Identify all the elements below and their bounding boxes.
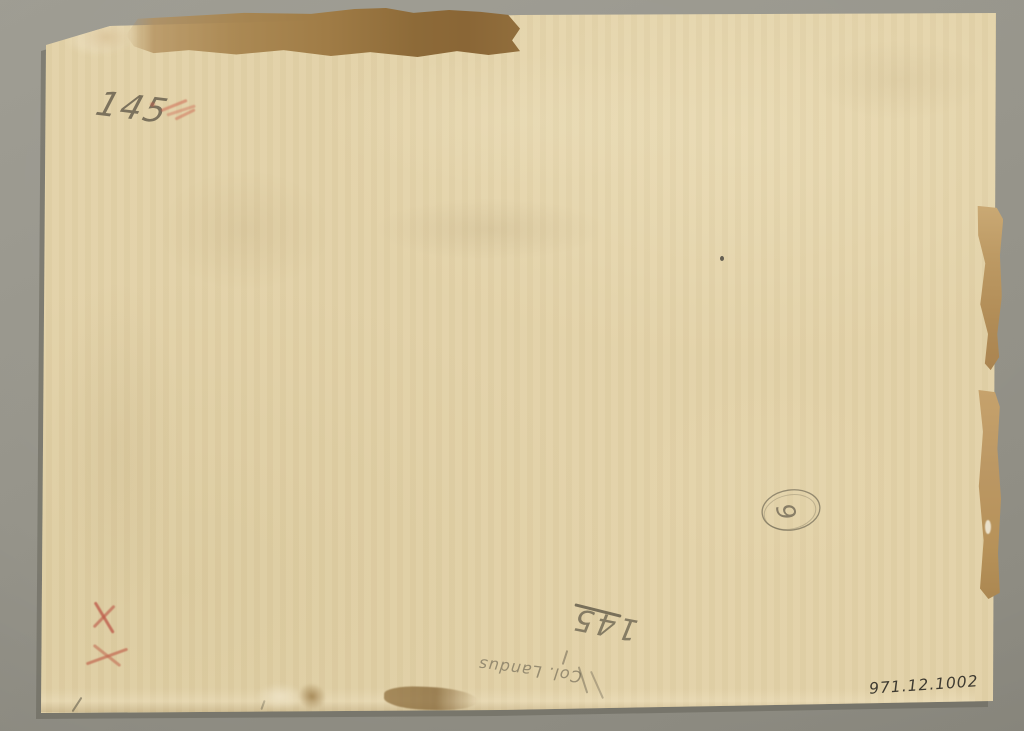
stain-top-right-smudge	[815, 40, 985, 120]
photo-backdrop: 145 6	[0, 0, 1024, 731]
paper-speck	[720, 256, 724, 261]
red-x-mark-upper	[83, 596, 126, 641]
pencil-apostrophe-mark	[562, 650, 569, 665]
red-x-mark-lower	[83, 639, 131, 673]
red-scribble-dot	[150, 102, 155, 107]
stain-ghost-marks	[375, 198, 605, 260]
circled-number-annotation: 6	[756, 483, 826, 539]
pencil-number-inverted: 145	[565, 600, 640, 648]
tape-tear-fleck	[985, 520, 991, 534]
tape-strip-top	[126, 8, 520, 57]
paper-sheet-verso: 145 6	[0, 0, 1024, 731]
stain-light-zone	[320, 55, 710, 185]
stain-left-edge-toning	[52, 280, 182, 610]
stain-light-zone-right	[610, 370, 930, 590]
stain-blotch	[160, 170, 330, 290]
red-scribble-mark	[150, 94, 210, 124]
red-x-stroke	[93, 644, 122, 667]
